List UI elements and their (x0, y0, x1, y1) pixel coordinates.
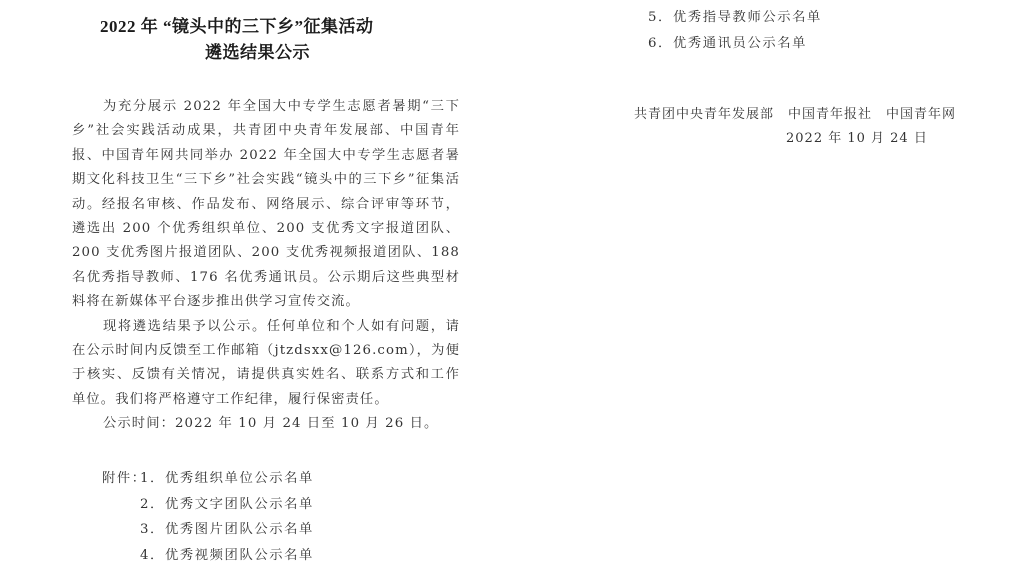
org-1: 共青团中央青年发展部 (634, 107, 774, 122)
issuing-organizations: 共青团中央青年发展部中国青年报社中国青年网 (634, 103, 956, 127)
attachment-6: 6．优秀通讯员公示名单 (648, 31, 822, 57)
attachments-list: 附件：1．优秀组织单位公示名单 2．优秀文字团队公示名单 3．优秀图片团队公示名… (102, 466, 314, 568)
attachment-1: 1．优秀组织单位公示名单 (140, 471, 314, 486)
attachment-4: 4．优秀视频团队公示名单 (140, 548, 314, 563)
document-title: 2022 年 “镜头中的三下乡”征集活动 遴选结果公示 (100, 14, 440, 66)
issue-date: 2022 年 10 月 24 日 (634, 127, 956, 151)
signature-block: 共青团中央青年发展部中国青年报社中国青年网 2022 年 10 月 24 日 (634, 103, 956, 151)
org-3: 中国青年网 (886, 107, 956, 122)
paragraph-publicity-period: 公示时间：2022 年 10 月 24 日至 10 月 26 日。 (72, 412, 460, 436)
paragraph-intro: 为充分展示 2022 年全国大中专学生志愿者暑期“三下乡”社会实践活动成果，共青… (72, 95, 460, 315)
attachments-label: 附件： (102, 466, 140, 492)
title-line-1: 2022 年 “镜头中的三下乡”征集活动 (100, 14, 440, 40)
title-line-2: 遴选结果公示 (100, 40, 440, 66)
attachment-2: 2．优秀文字团队公示名单 (140, 497, 314, 512)
attachment-item: 附件：1．优秀组织单位公示名单 (102, 466, 314, 492)
paragraph-feedback: 现将遴选结果予以公示。任何单位和个人如有问题，请在公示时间内反馈至工作邮箱（jt… (72, 315, 460, 413)
attachment-item: 2．优秀文字团队公示名单 (102, 492, 314, 518)
attachment-5: 5．优秀指导教师公示名单 (648, 5, 822, 31)
attachment-3: 3．优秀图片团队公示名单 (140, 522, 314, 537)
attachment-item: 3．优秀图片团队公示名单 (102, 517, 314, 543)
document-body: 为充分展示 2022 年全国大中专学生志愿者暑期“三下乡”社会实践活动成果，共青… (72, 95, 460, 437)
attachment-item: 4．优秀视频团队公示名单 (102, 543, 314, 569)
org-2: 中国青年报社 (788, 107, 872, 122)
attachments-list-continued: 5．优秀指导教师公示名单 6．优秀通讯员公示名单 (648, 5, 822, 56)
